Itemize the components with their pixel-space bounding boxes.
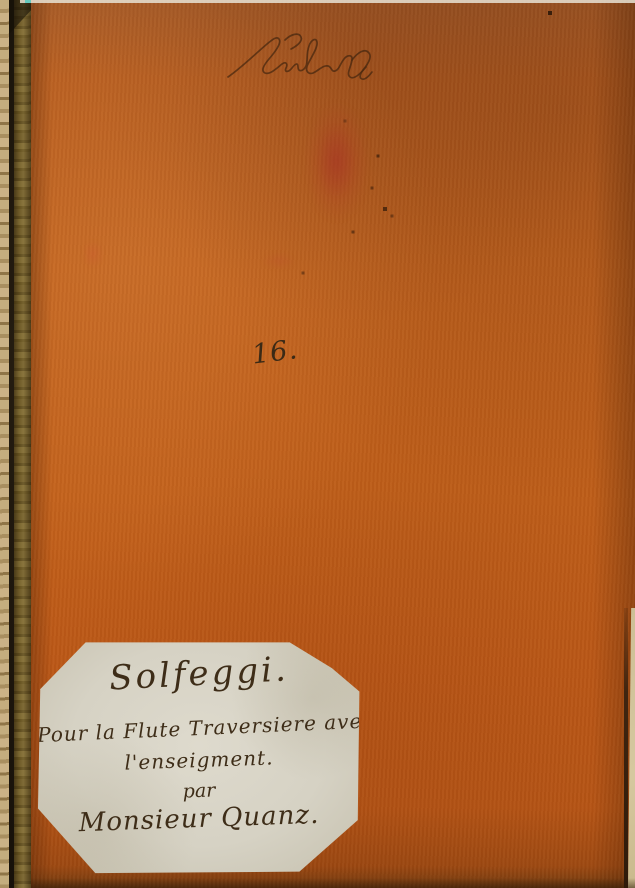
top-page-edge (20, 0, 635, 3)
faded-blotch (82, 240, 104, 268)
board-edge-tan (0, 0, 9, 888)
cover-right-edge-shadow (624, 608, 628, 888)
cover-bottom-shadow (31, 878, 635, 888)
label-subtitle-line2: l'enseigment. (37, 742, 362, 777)
book-cover-scan: 16. Solfeggi. Pour la Flute Traversiere … (0, 0, 635, 888)
cover-stain-core (317, 124, 355, 198)
owner-signature-inscription (225, 26, 380, 84)
book-spine (14, 0, 31, 888)
label-subtitle-line1: Pour la Flute Traversiere avec (37, 709, 362, 747)
faded-blotch (262, 252, 296, 270)
ink-specks (0, 0, 2, 2)
top-edge-speck (25, 0, 31, 3)
title-paper-label: Solfeggi. Pour la Flute Traversiere avec… (37, 640, 361, 874)
